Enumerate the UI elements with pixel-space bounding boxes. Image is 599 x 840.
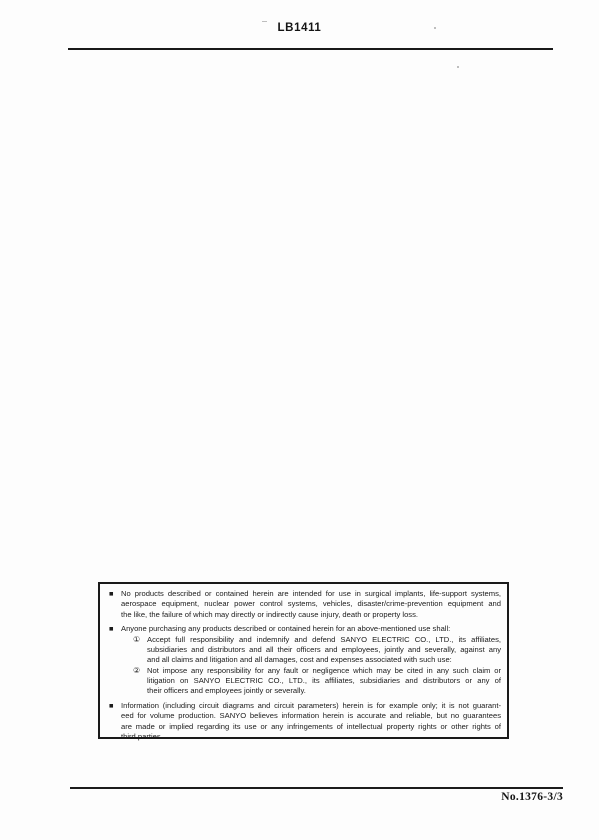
disclaimer-line: Anyone purchasing any products described… [121, 624, 501, 634]
bullet-square-icon: ■ [109, 624, 121, 696]
scan-speck [434, 27, 436, 29]
disclaimer-subitem: ②Not impose any responsibility for any f… [133, 666, 501, 697]
disclaimer-line: subsidiaries and distributors and all th… [147, 645, 501, 655]
circled-number-icon: ② [133, 666, 147, 697]
disclaimer-line: No products described or contained herei… [121, 589, 501, 599]
disclaimer-item: ■Information (including circuit diagrams… [109, 701, 501, 742]
page: { "header": { "title": "LB1411" }, "foot… [0, 0, 599, 840]
disclaimer-item: ■No products described or contained here… [109, 589, 501, 620]
disclaimer-line: third parties. [121, 732, 501, 742]
disclaimer-subitem-text: Not impose any responsibility for any fa… [147, 666, 501, 697]
disclaimer-line: Not impose any responsibility for any fa… [147, 666, 501, 676]
disclaimer-subitem: ①Accept full responsibility and indemnif… [133, 635, 501, 666]
scan-speck [262, 21, 267, 22]
page-title: LB1411 [0, 22, 599, 34]
disclaimer-item-text: No products described or contained herei… [121, 589, 501, 620]
scan-speck [457, 66, 459, 68]
disclaimer-subitem-text: Accept full responsibility and indemnify… [147, 635, 501, 666]
bullet-square-icon: ■ [109, 701, 121, 742]
header-rule [68, 48, 553, 50]
footer-doc-number: No.1376-3/3 [501, 791, 563, 803]
disclaimer-line: eed for volume production. SANYO believe… [121, 711, 501, 721]
bullet-square-icon: ■ [109, 589, 121, 620]
disclaimer-line: the like, the failure of which may direc… [121, 610, 501, 620]
disclaimer-line: Accept full responsibility and indemnify… [147, 635, 501, 645]
disclaimer-line: aerospace equipment, nuclear power contr… [121, 599, 501, 609]
disclaimer-box: ■No products described or contained here… [98, 582, 509, 739]
disclaimer-item-text: Information (including circuit diagrams … [121, 701, 501, 742]
disclaimer-item: ■Anyone purchasing any products describe… [109, 624, 501, 696]
disclaimer-line: Information (including circuit diagrams … [121, 701, 501, 711]
circled-number-icon: ① [133, 635, 147, 666]
footer-rule [70, 787, 563, 789]
disclaimer-line: their officers and employees jointly or … [147, 686, 501, 696]
disclaimer-line: are made or implied regarding its use or… [121, 722, 501, 732]
disclaimer-line: and all claims and litigation and all da… [147, 655, 501, 665]
disclaimer-line: litigation on SANYO ELECTRIC CO., LTD., … [147, 676, 501, 686]
disclaimer-item-text: Anyone purchasing any products described… [121, 624, 501, 696]
